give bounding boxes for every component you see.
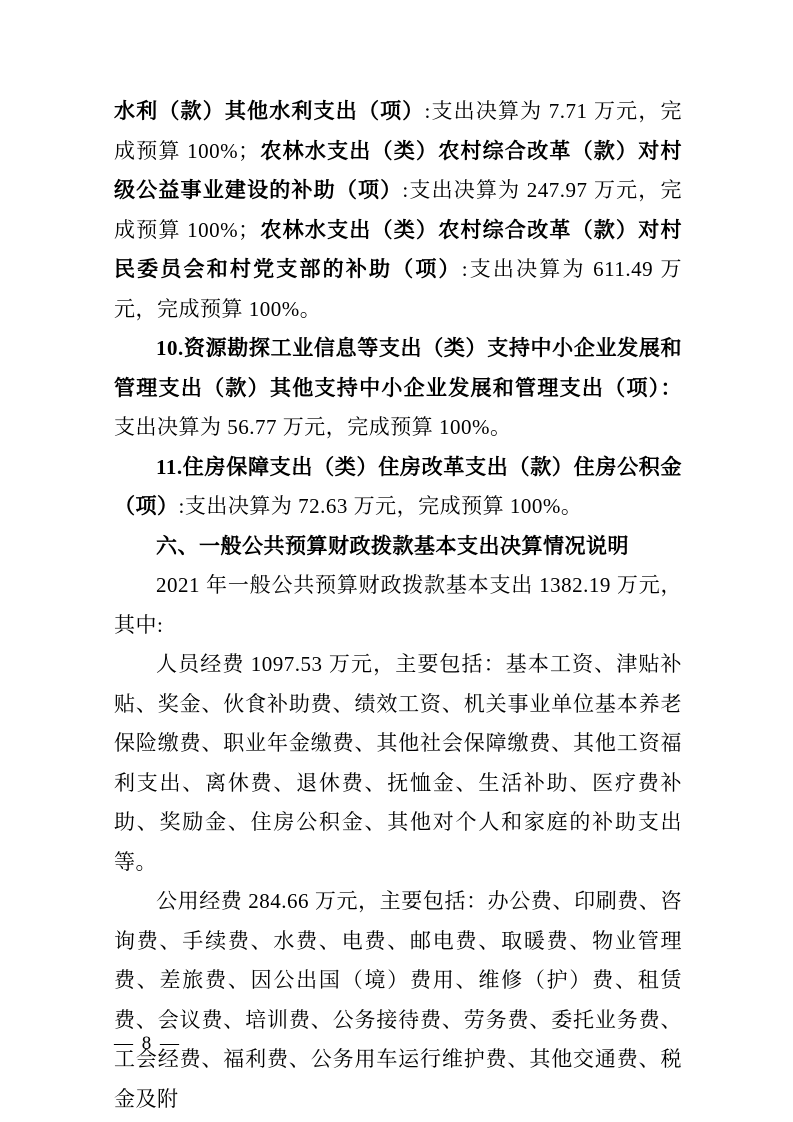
budget-item-title: 10.资源勘探工业信息等支出（类）支持中小企业发展和管理支出（款）其他支持中小企… [114,336,682,400]
page-footer: — 8 — [114,1033,181,1055]
budget-item-detail: :支出决算为 72.63 万元，完成预算 100%。 [179,494,583,518]
page-number: — 8 — [114,1033,181,1054]
section-6-heading: 六、一般公共预算财政拨款基本支出决算情况说明 [114,527,682,567]
paragraph-text: 人员经费 1097.53 万元，主要包括：基本工资、津贴补贴、奖金、伙食补助费、… [114,652,682,874]
budget-item-detail: 支出决算为 56.77 万元，完成预算 100%。 [114,415,512,439]
paragraph-water-and-rural-subsidies: 水利（款）其他水利支出（项）:支出决算为 7.71 万元，完成预算 100%；农… [114,92,682,329]
document-body: 水利（款）其他水利支出（项）:支出决算为 7.71 万元，完成预算 100%；农… [114,92,682,1119]
budget-item-title: 水利（款）其他水利支出（项） [114,99,424,123]
document-page: 水利（款）其他水利支出（项）:支出决算为 7.71 万元，完成预算 100%；农… [0,0,793,1122]
paragraph-text: 2021 年一般公共预算财政拨款基本支出 1382.19 万元，其中: [114,573,682,637]
paragraph-text: 公用经费 284.66 万元，主要包括：办公费、印刷费、咨询费、手续费、水费、电… [114,889,682,1111]
paragraph-basic-expenditure-total: 2021 年一般公共预算财政拨款基本支出 1382.19 万元，其中: [114,566,682,645]
paragraph-personnel-funds: 人员经费 1097.53 万元，主要包括：基本工资、津贴补贴、奖金、伙食补助费、… [114,645,682,882]
paragraph-public-funds: 公用经费 284.66 万元，主要包括：办公费、印刷费、咨询费、手续费、水费、电… [114,882,682,1119]
paragraph-item-11-housing-fund: 11.住房保障支出（类）住房改革支出（款）住房公积金（项）:支出决算为 72.6… [114,448,682,527]
paragraph-item-10-sme-support: 10.资源勘探工业信息等支出（类）支持中小企业发展和管理支出（款）其他支持中小企… [114,329,682,448]
section-heading-text: 六、一般公共预算财政拨款基本支出决算情况说明 [156,535,629,558]
